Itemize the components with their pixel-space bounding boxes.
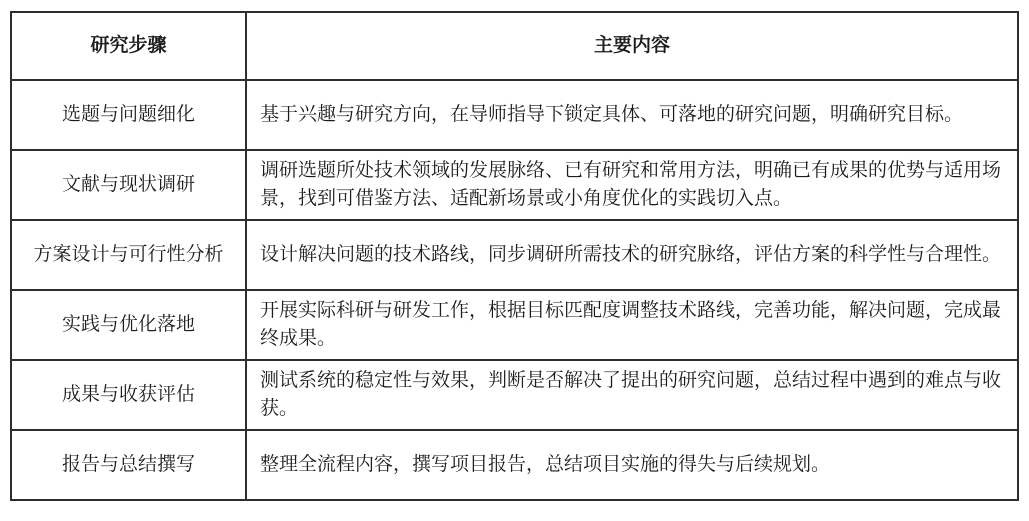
step-cell: 成果与收获评估 <box>11 360 246 430</box>
content-cell: 基于兴趣与研究方向，在导师指导下锁定具体、可落地的研究问题，明确研究目标。 <box>246 80 1018 150</box>
step-cell: 选题与问题细化 <box>11 80 246 150</box>
table-row: 成果与收获评估 测试系统的稳定性与效果，判断是否解决了提出的研究问题，总结过程中… <box>11 360 1018 430</box>
header-step: 研究步骤 <box>11 12 246 80</box>
research-steps-table: 研究步骤 主要内容 选题与问题细化 基于兴趣与研究方向，在导师指导下锁定具体、可… <box>10 11 1019 501</box>
table-row: 实践与优化落地 开展实际科研与研发工作，根据目标匹配度调整技术路线，完善功能，解… <box>11 290 1018 360</box>
step-cell: 方案设计与可行性分析 <box>11 220 246 290</box>
content-cell: 整理全流程内容，撰写项目报告，总结项目实施的得失与后续规划。 <box>246 430 1018 500</box>
table-row: 报告与总结撰写 整理全流程内容，撰写项目报告，总结项目实施的得失与后续规划。 <box>11 430 1018 500</box>
content-cell: 设计解决问题的技术路线，同步调研所需技术的研究脉络，评估方案的科学性与合理性。 <box>246 220 1018 290</box>
table-row: 选题与问题细化 基于兴趣与研究方向，在导师指导下锁定具体、可落地的研究问题，明确… <box>11 80 1018 150</box>
step-cell: 实践与优化落地 <box>11 290 246 360</box>
content-cell: 调研选题所处技术领域的发展脉络、已有研究和常用方法，明确已有成果的优势与适用场景… <box>246 150 1018 220</box>
header-content: 主要内容 <box>246 12 1018 80</box>
content-cell: 开展实际科研与研发工作，根据目标匹配度调整技术路线，完善功能，解决问题，完成最终… <box>246 290 1018 360</box>
table-row: 文献与现状调研 调研选题所处技术领域的发展脉络、已有研究和常用方法，明确已有成果… <box>11 150 1018 220</box>
research-steps-table-container: 研究步骤 主要内容 选题与问题细化 基于兴趣与研究方向，在导师指导下锁定具体、可… <box>10 11 1019 501</box>
step-cell: 报告与总结撰写 <box>11 430 246 500</box>
content-cell: 测试系统的稳定性与效果，判断是否解决了提出的研究问题，总结过程中遇到的难点与收获… <box>246 360 1018 430</box>
table-header-row: 研究步骤 主要内容 <box>11 12 1018 80</box>
table-row: 方案设计与可行性分析 设计解决问题的技术路线，同步调研所需技术的研究脉络，评估方… <box>11 220 1018 290</box>
step-cell: 文献与现状调研 <box>11 150 246 220</box>
